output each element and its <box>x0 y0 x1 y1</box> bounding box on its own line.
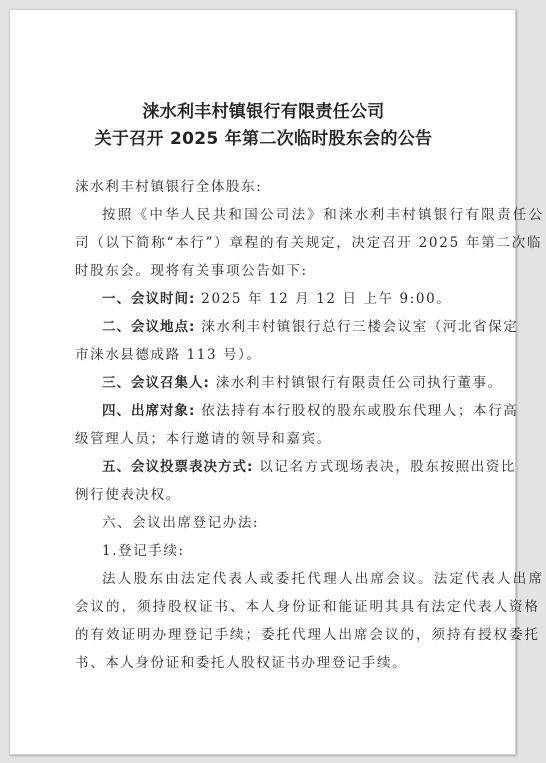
item-label: 一、会议时间: <box>102 291 195 307</box>
item-text: 涞水利丰村镇银行总行三楼会议室（河北省保定 <box>195 319 518 335</box>
item-meeting-location-cont: 市涞水县德成路 113 号）。 <box>75 346 262 364</box>
item-meeting-location: 二、会议地点: 涞水利丰村镇银行总行三楼会议室（河北省保定 <box>102 318 518 336</box>
registration-line-1: 法人股东由法定代表人或委托代理人出席会议。法定代表人出席 <box>102 570 544 588</box>
intro-line-1: 按照《中华人民共和国公司法》和涞水利丰村镇银行有限责任公 <box>102 206 544 224</box>
item-attendees-cont: 级管理人员；本行邀请的领导和嘉宾。 <box>75 430 332 448</box>
intro-line-3: 时股东会。现将有关事项公告如下: <box>75 262 308 280</box>
item-attendees: 四、出席对象: 依法持有本行股权的股东或股东代理人；本行高 <box>102 402 518 420</box>
title-line-2: 关于召开 2025 年第二次临时股东会的公告 <box>10 124 517 149</box>
registration-line-4: 书、本人身份证和委托人股权证书办理登记手续。 <box>75 654 407 672</box>
item-label: 二、会议地点: <box>102 319 195 335</box>
item-text: 2025 年 12 月 12 日 上午 9:00。 <box>195 291 451 307</box>
registration-line-3: 的有效证明办理登记手续；委托代理人出席会议的，须持有授权委托 <box>75 626 540 644</box>
title-line-1: 涞水利丰村镇银行有限责任公司 <box>10 97 517 122</box>
item-label: 三、会议召集人: <box>102 375 210 391</box>
item-convener: 三、会议召集人: 涞水利丰村镇银行有限责任公司执行董事。 <box>102 374 503 392</box>
item-label: 六、会议出席登记办法: <box>102 515 259 531</box>
item-voting-method-cont: 例行使表决权。 <box>75 486 181 504</box>
item-label: 四、出席对象: <box>102 403 195 419</box>
item-text: 涞水利丰村镇银行有限责任公司执行董事。 <box>210 375 503 391</box>
item-meeting-time: 一、会议时间: 2025 年 12 月 12 日 上午 9:00。 <box>102 290 451 308</box>
registration-line-2: 会议的，须持股权证书、本人身份证和能证明其具有法定代表人资格 <box>75 598 540 616</box>
item-registration: 六、会议出席登记办法: <box>102 514 259 532</box>
sub-item-registration-procedure: 1.登记手续: <box>102 542 185 560</box>
document-page: 涞水利丰村镇银行有限责任公司 关于召开 2025 年第二次临时股东会的公告 涞水… <box>9 9 516 755</box>
salutation: 涞水利丰村镇银行全体股东: <box>75 178 262 196</box>
item-text: 以记名方式现场表决，股东按照出资比 <box>253 459 516 475</box>
intro-line-2: 司（以下简称“本行”）章程的有关规定，决定召开 2025 年第二次临 <box>75 234 542 252</box>
item-label: 五、会议投票表决方式: <box>102 459 253 475</box>
item-text: 依法持有本行股权的股东或股东代理人；本行高 <box>195 403 518 419</box>
item-voting-method: 五、会议投票表决方式: 以记名方式现场表决，股东按照出资比 <box>102 458 516 476</box>
